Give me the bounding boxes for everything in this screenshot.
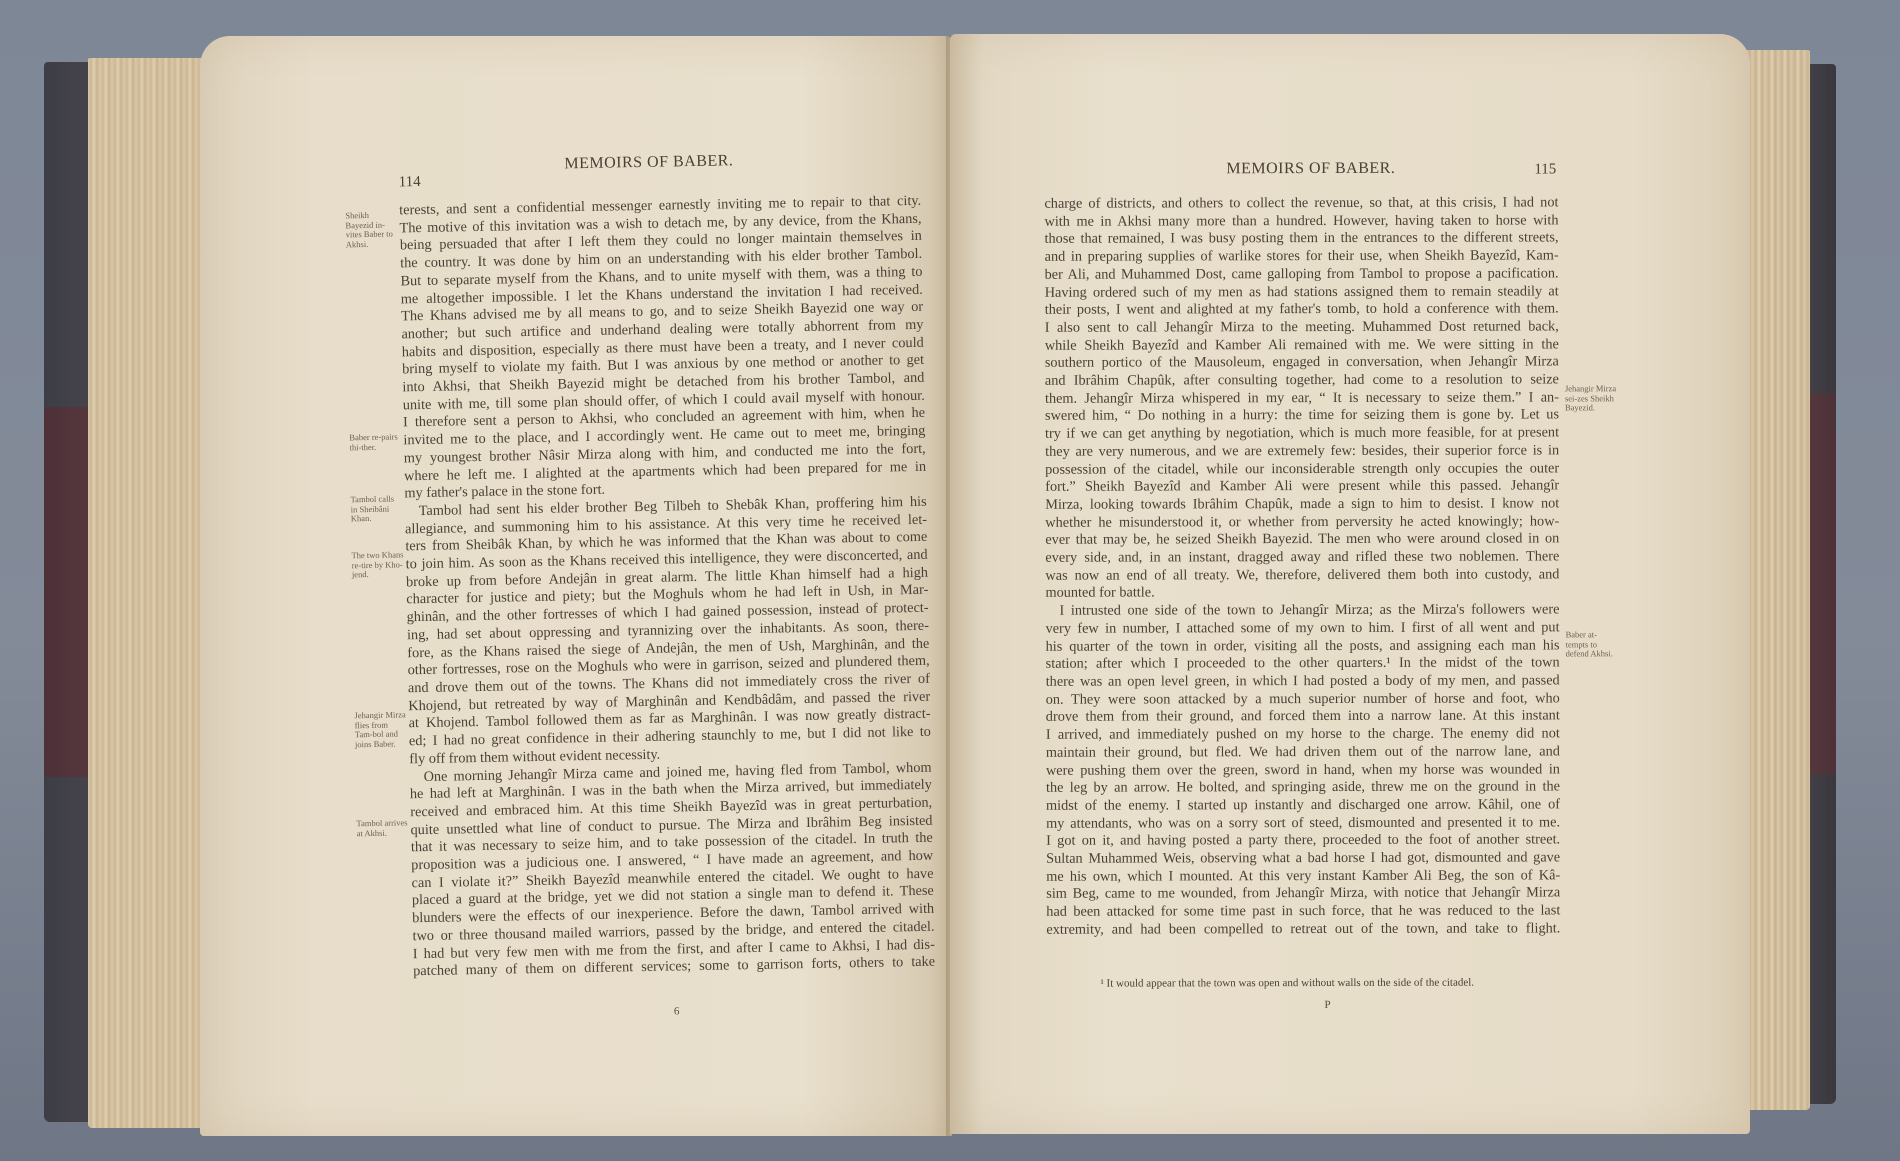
page-number-right: 115 xyxy=(1534,161,1556,178)
text-line: charge of districts, and others to colle… xyxy=(1044,194,1558,213)
text-line: drove them from their ground, and forced… xyxy=(1046,708,1560,727)
text-line: Mirza, looking towards Ibrâhim Chapûk, m… xyxy=(1045,495,1559,514)
text-line: fort.” Sheikh Bayezîd and Kamber Ali wer… xyxy=(1045,478,1559,497)
text-line: his quarter of the town in order, visiti… xyxy=(1046,637,1560,656)
text-line: maintain their ground, but fled. We had … xyxy=(1046,743,1560,762)
running-head-right: MEMOIRS OF BABER. xyxy=(1226,160,1395,178)
text-line: sim Beg, came to me wounded, from Jehang… xyxy=(1046,885,1560,904)
text-line: them. Jehangîr Mirza whispered in my ear… xyxy=(1045,389,1559,408)
text-line: on. They were soon attacked by a much su… xyxy=(1046,690,1560,709)
text-line: I arrived, and immediately pushed on my … xyxy=(1046,725,1560,744)
left-page: MEMOIRS OF BABER. 114 Sheikh Bayezid in-… xyxy=(200,36,952,1136)
text-line: Sultan Muhammed Weis, observing what a b… xyxy=(1046,849,1560,868)
text-line: were pushing them over the green, sword … xyxy=(1046,761,1560,780)
page-number-left: 114 xyxy=(399,174,421,191)
text-line: had been attacked for some time past in … xyxy=(1046,903,1560,922)
text-line: I got on it, and having posted a party t… xyxy=(1046,832,1560,851)
text-line: possession of the citadel, while our inc… xyxy=(1045,460,1559,479)
text-line: southern portico of the Mausoleum, engag… xyxy=(1045,354,1559,373)
margin-note: Tambol arrives at Akhsi. xyxy=(356,818,408,838)
text-line: they are very numerous, and we are extre… xyxy=(1045,442,1559,461)
text-line: station; after which I proceeded to the … xyxy=(1046,655,1560,674)
margin-note: Tambol calls in Sheibâni Khan. xyxy=(350,494,403,524)
text-line: try if we can get anything by negotiatio… xyxy=(1045,425,1559,444)
margin-note: Jehangir Mirza sei-zes Sheikh Bayezid. xyxy=(1565,384,1617,413)
text-line: Having ordered such of my men as had sta… xyxy=(1045,283,1559,302)
footnote: ¹ It would appear that the town was open… xyxy=(1100,977,1474,990)
text-line: the leg by an arrow. He bolted, and spri… xyxy=(1046,779,1560,798)
text-line: I intrusted one side of the town to Jeha… xyxy=(1045,602,1559,621)
margin-note: Sheikh Bayezid in-vites Baber to Akhsi. xyxy=(345,210,398,249)
text-line: midst of the enemy. I started up instant… xyxy=(1046,796,1560,815)
text-line: I also sent to call Jehangîr Mirza to th… xyxy=(1045,318,1559,337)
text-line: every side, and, in an instant, dragged … xyxy=(1045,548,1559,567)
text-line: me his own, which I mounted. At this ver… xyxy=(1046,867,1560,886)
right-page-body: charge of districts, and others to colle… xyxy=(1044,194,1560,939)
signature-mark-left: 6 xyxy=(674,1005,680,1017)
margin-note: The two Khans re-tire by Kho-jend. xyxy=(351,550,404,580)
running-head-left: MEMOIRS OF BABER. xyxy=(564,152,733,173)
right-page: MEMOIRS OF BABER. 115 charge of district… xyxy=(950,34,1750,1134)
margin-note: Baber re-pairs thi-ther. xyxy=(349,432,401,452)
margin-note: Baber at-tempts to defend Akhsi. xyxy=(1566,630,1618,659)
text-line: there was an open level green, in which … xyxy=(1046,672,1560,691)
text-line: was now an end of all treaty. We, theref… xyxy=(1045,566,1559,585)
text-line: whether he misunderstood it, or whether … xyxy=(1045,513,1559,532)
text-line: with me in Akhsi many more than a hundre… xyxy=(1044,212,1558,231)
text-line: extremity, and had been compelled to ret… xyxy=(1046,920,1560,939)
text-line: my attendants, who was on a sorry sort o… xyxy=(1046,814,1560,833)
text-line: while Sheikh Bayezîd and Kamber Ali rema… xyxy=(1045,336,1559,355)
text-line: mounted for battle. xyxy=(1045,584,1559,603)
text-line: their posts, I went and alighted at my f… xyxy=(1045,301,1559,320)
text-line: swered him, “ Do nothing in a hurry: the… xyxy=(1045,407,1559,426)
text-line: and Ibrâhim Chapûk, after consulting tog… xyxy=(1045,371,1559,390)
text-line: ever that may be, he seized Sheikh Bayez… xyxy=(1045,531,1559,550)
open-book: MEMOIRS OF BABER. 114 Sheikh Bayezid in-… xyxy=(0,0,1900,1161)
text-line: very few in number, I attached some of m… xyxy=(1046,619,1560,638)
text-line: those that remained, I was busy posting … xyxy=(1045,230,1559,249)
text-line: and in preparing supplies of warlike sto… xyxy=(1045,248,1559,267)
margin-note: Jehangir Mirza flies from Tam-bol and jo… xyxy=(354,710,407,749)
signature-mark-right: P xyxy=(1325,999,1331,1011)
text-line: ber Ali, and Muhammed Dost, came gallopi… xyxy=(1045,265,1559,284)
left-page-body: terests, and sent a confidential messeng… xyxy=(399,193,935,981)
